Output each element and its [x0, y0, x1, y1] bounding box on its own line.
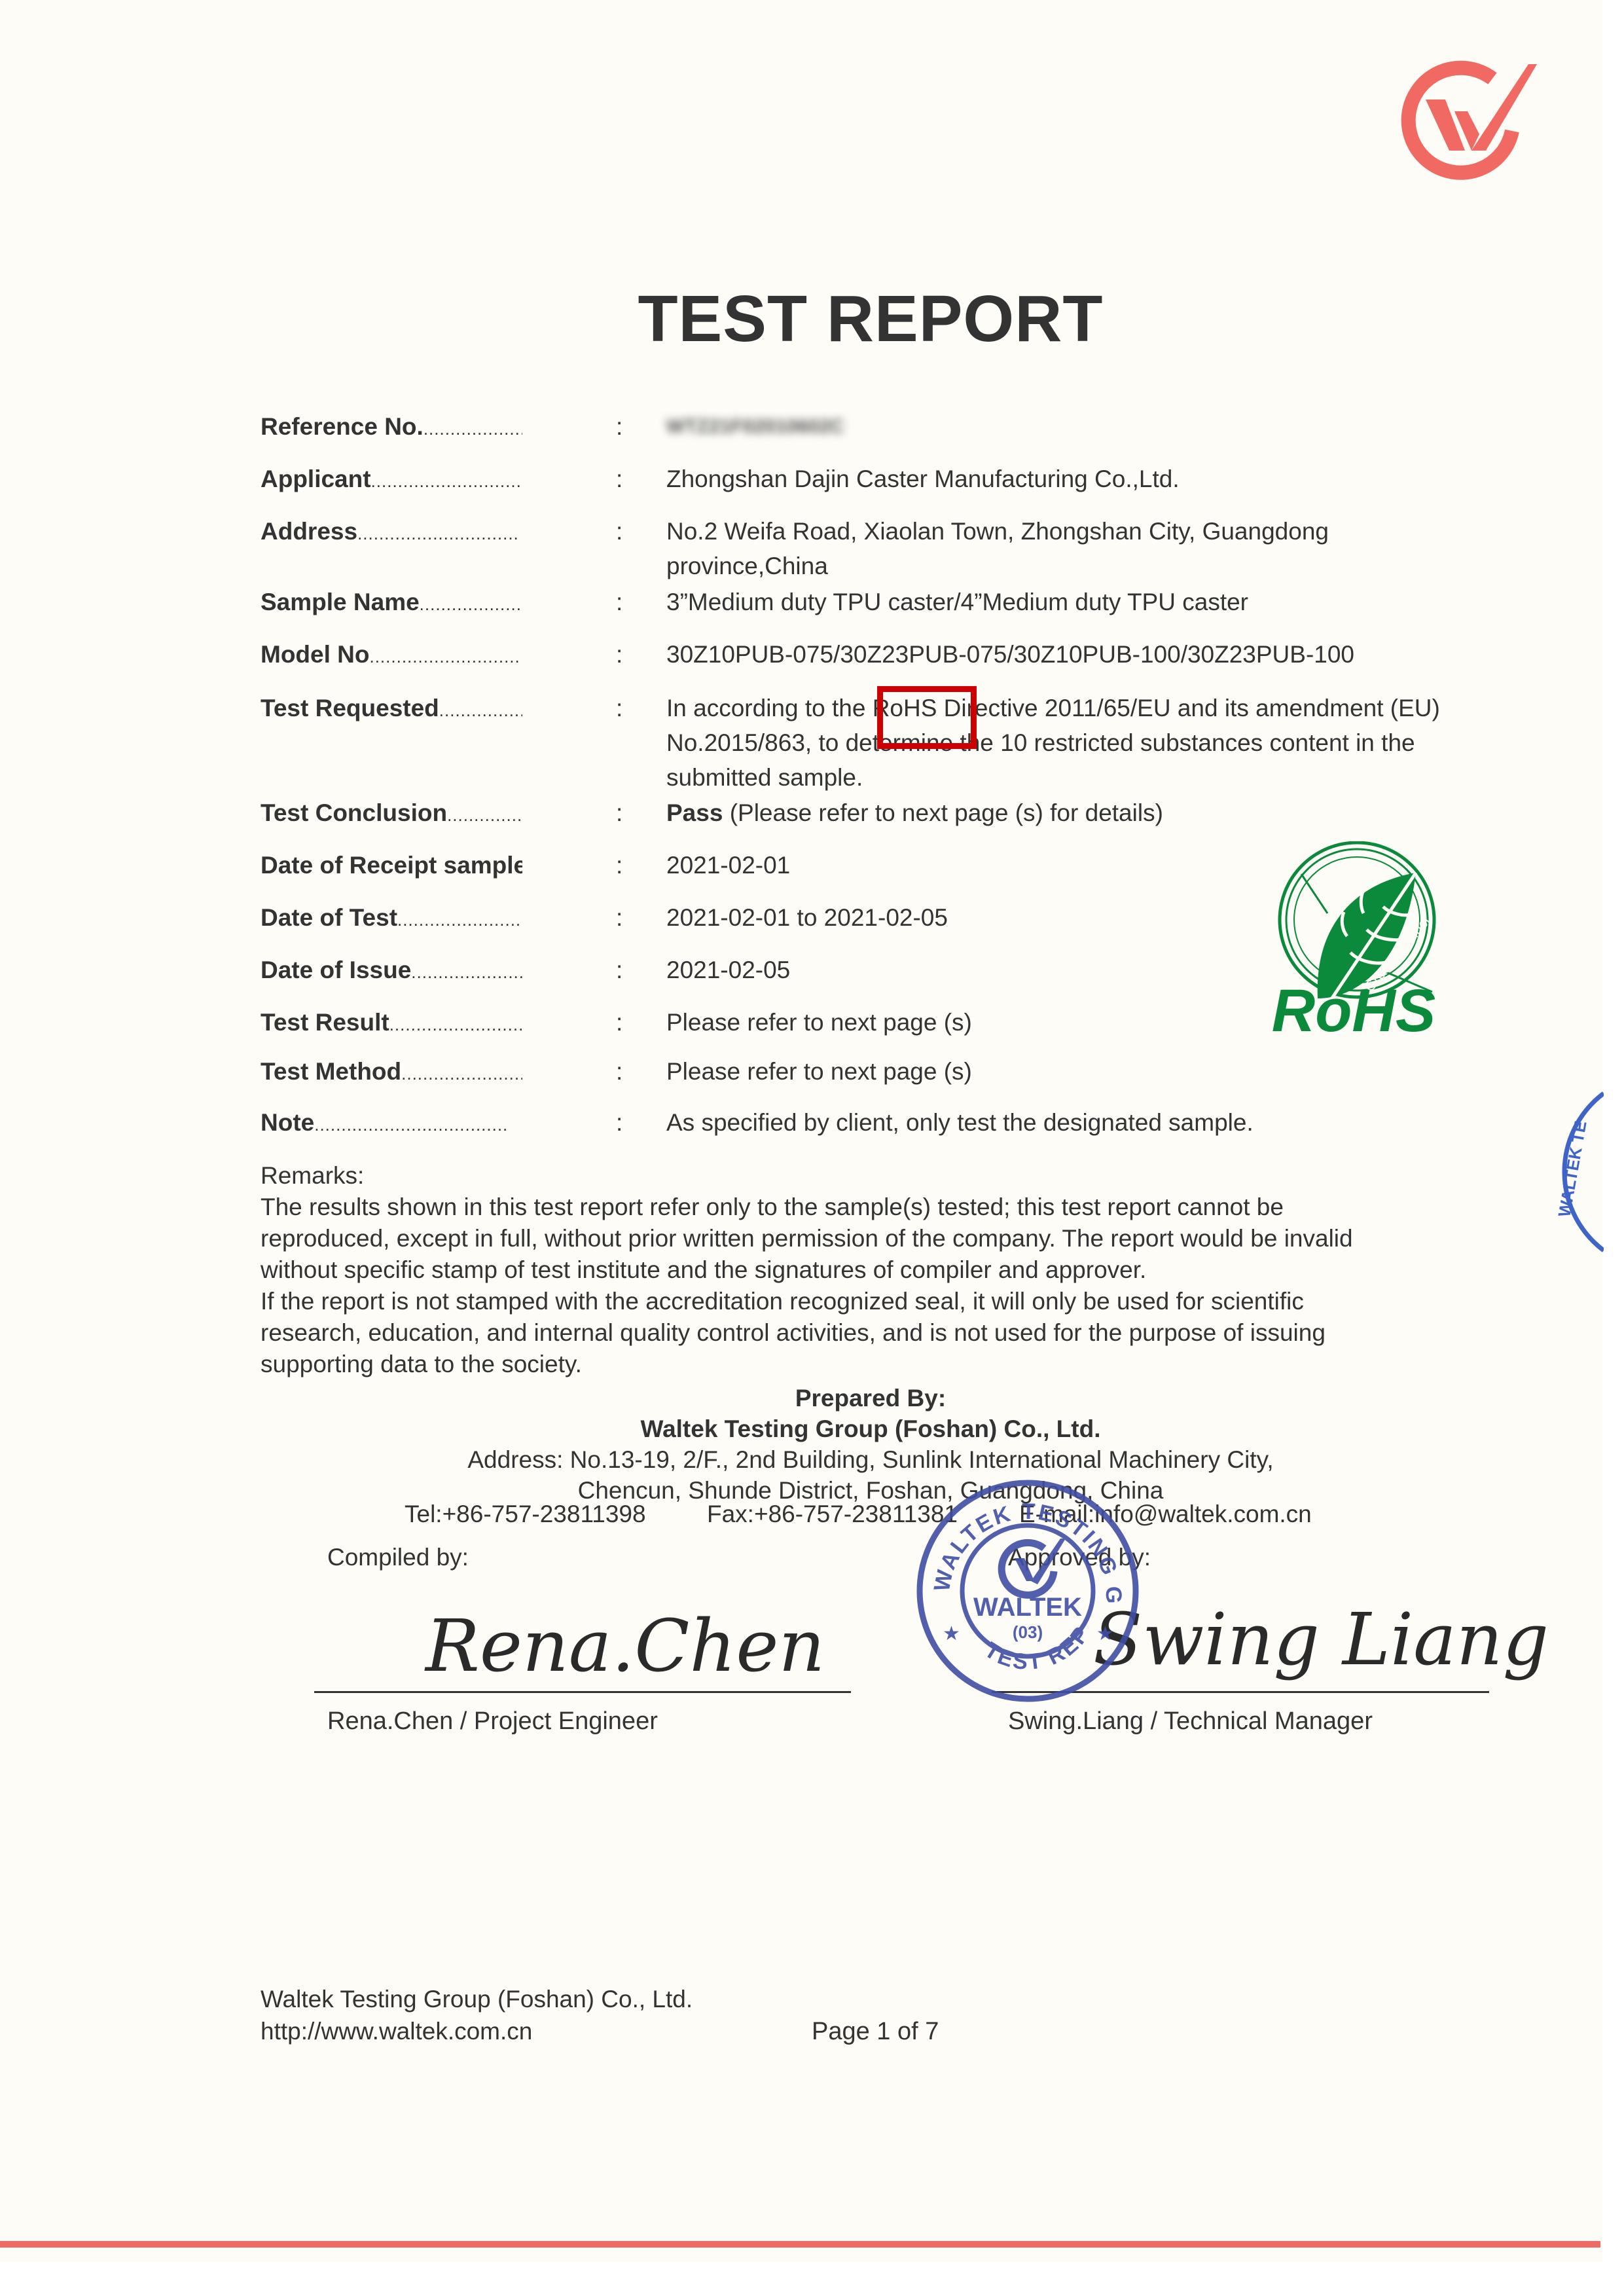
compiler-signature: Rena.Chen [425, 1604, 825, 1688]
field-label: Date of Test [261, 904, 397, 931]
remarks-line: reproduced, except in full, without prio… [261, 1223, 1471, 1254]
remarks-line: supporting data to the society. [261, 1349, 1471, 1380]
compiler-signature-line [314, 1691, 851, 1693]
remarks-heading: Remarks: [261, 1160, 1471, 1192]
field-label: Applicant [261, 465, 371, 492]
waltek-seal-stamp-icon: WALTEK TESTING GROUP CO.,LTD. TEST REPOR… [910, 1473, 1146, 1709]
field-value: In according to the RoHS Directive 2011/… [666, 691, 1485, 795]
field-label: Model No [261, 641, 369, 668]
field-label: Date of Issue [261, 957, 411, 983]
field-label: Test Result [261, 1009, 389, 1036]
field-label: Reference No. [261, 413, 424, 440]
svg-text:(03): (03) [1013, 1622, 1043, 1642]
waltek-check-logo-icon [1394, 52, 1538, 183]
field-label: Sample Name [261, 589, 420, 615]
remarks-line: without specific stamp of test institute… [261, 1254, 1471, 1286]
rohs-highlight-box [877, 686, 977, 749]
field-value: Please refer to next page (s) [666, 1054, 1485, 1089]
lab-address-line: Address: No.13-19, 2/F., 2nd Building, S… [0, 1444, 1624, 1475]
field-label: Test Conclusion [261, 799, 447, 826]
lab-company-name: Waltek Testing Group (Foshan) Co., Ltd. [0, 1413, 1624, 1444]
field-value: Zhongshan Dajin Caster Manufacturing Co.… [666, 462, 1485, 496]
remarks-line: The results shown in this test report re… [261, 1192, 1471, 1223]
svg-text:WALTEK: WALTEK [973, 1593, 1082, 1622]
remarks-section: Remarks: The results shown in this test … [261, 1160, 1471, 1380]
remarks-line: If the report is not stamped with the ac… [261, 1286, 1471, 1317]
field-value: 30Z10PUB-075/30Z23PUB-075/30Z10PUB-100/3… [666, 637, 1485, 672]
partial-seal-stamp-icon: WALTEK TE [1551, 1087, 1604, 1257]
svg-text:★: ★ [1096, 1623, 1114, 1645]
svg-text:RoHS: RoHS [1272, 977, 1435, 1038]
field-label: Date of Receipt sample [261, 852, 522, 879]
footer-company: Waltek Testing Group (Foshan) Co., Ltd. [261, 1986, 693, 2013]
field-value: 3”Medium duty TPU caster/4”Medium duty T… [666, 585, 1485, 619]
compiler-name-title: Rena.Chen / Project Engineer [327, 1707, 658, 1736]
footer-divider [0, 2241, 1600, 2248]
field-label: Address [261, 518, 357, 545]
svg-text:★: ★ [943, 1623, 960, 1645]
page-title: TEST REPORT [0, 282, 1624, 357]
lab-tel: Tel:+86-757-23811398 [405, 1501, 646, 1528]
reference-number-redacted: WTZ21F02010602C [666, 409, 1485, 444]
field-label: Test Method [261, 1058, 401, 1085]
field-value: No.2 Weifa Road, Xiaolan Town, Zhongshan… [666, 514, 1413, 583]
field-label: Test Requested [261, 695, 439, 721]
field-value: As specified by client, only test the de… [666, 1105, 1485, 1140]
approver-signature: Swing Liang [1093, 1597, 1549, 1681]
field-value: Pass (Please refer to next page (s) for … [666, 795, 1485, 830]
rohs-green-product-leaf-icon: Green Product RoHS [1255, 841, 1452, 1038]
field-label: Note [261, 1109, 314, 1136]
remarks-line: research, education, and internal qualit… [261, 1317, 1471, 1349]
compiled-by-label: Compiled by: [327, 1544, 469, 1571]
prepared-by-block: Prepared By: Waltek Testing Group (Fosha… [0, 1383, 1624, 1506]
footer-website-link[interactable]: http://www.waltek.com.cn [261, 2018, 532, 2045]
report-page: TEST REPORT Reference No................… [0, 0, 1602, 2262]
conclusion-status: Pass [666, 799, 723, 826]
svg-text:WALTEK TE: WALTEK TE [1554, 1120, 1590, 1218]
prepared-by-heading: Prepared By: [0, 1383, 1624, 1413]
approver-name-title: Swing.Liang / Technical Manager [1008, 1707, 1373, 1736]
page-number: Page 1 of 7 [812, 2018, 939, 2046]
